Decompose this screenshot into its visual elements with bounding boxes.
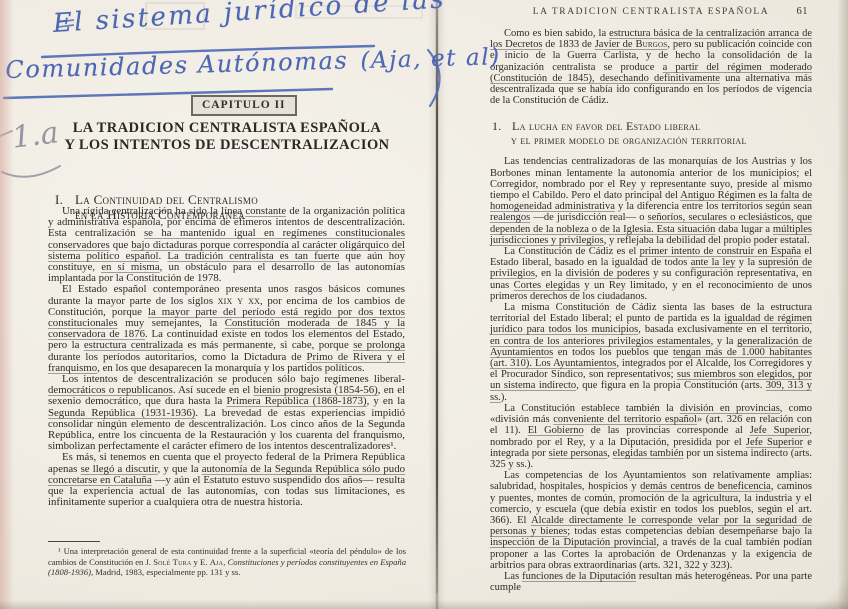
book-gutter-line	[436, 8, 438, 593]
paragraph: La misma Constitución de Cádiz sienta la…	[490, 302, 812, 403]
chapter-title: LA TRADICION CENTRALISTA ESPAÑOLA Y LOS …	[46, 120, 408, 153]
section-heading-right: 1.La lucha en favor del Estado liberal y…	[492, 119, 812, 147]
scan-edge-right	[837, 0, 848, 609]
left-page-body: Una rígida centralización ha sido la lín…	[48, 206, 405, 508]
paragraph: Las tendencias centralizadoras de las mo…	[490, 156, 812, 246]
section-heading-right-line2: y el primer modelo de organización terri…	[492, 133, 812, 147]
paragraph: La Constitución establece también la div…	[490, 403, 812, 470]
section-heading-text: La lucha en favor del Estado liberal	[512, 119, 700, 133]
chapter-label: CAPITULO II	[191, 95, 297, 116]
page-corner-crease	[800, 567, 848, 609]
handwritten-note-citation: (Aja, et al)	[360, 44, 501, 74]
paragraph: Las funciones de la Diputación resultan …	[490, 571, 812, 593]
footnote-rule	[48, 541, 100, 542]
footnote: ¹ Una interpretación general de esta con…	[48, 546, 406, 578]
paragraph: La Constitución de Cádiz es el primer in…	[490, 246, 812, 302]
handwritten-note-line1: El sistema jurídico de las	[52, 0, 447, 39]
scan-edge-left	[0, 0, 14, 609]
handwritten-margin-note: 1.a	[10, 115, 60, 155]
paragraph: Las competencias de los Ayuntamientos so…	[490, 470, 812, 571]
handwritten-note-line2: Comunidades Autónomas(Aja, et al)	[5, 42, 501, 84]
running-header-text: LA TRADICION CENTRALISTA ESPAÑOLA	[533, 7, 770, 17]
paragraph: Es más, si tenemos en cuenta que el proy…	[48, 452, 405, 508]
chapter-title-line1: LA TRADICION CENTRALISTA ESPAÑOLA	[46, 120, 408, 137]
chapter-title-line2: Y LOS INTENTOS DE DESCENTRALIZACION	[46, 137, 408, 154]
book-scan: El sistema jurídico de las Comunidades A…	[0, 0, 848, 609]
right-page-body: Como es bien sabido, la estructura básic…	[490, 28, 812, 593]
paragraph: Los intentos de descentralización se pro…	[48, 374, 405, 452]
paragraph: Una rígida centralización ha sido la lín…	[48, 206, 405, 284]
running-header: LA TRADICION CENTRALISTA ESPAÑOLA 61	[490, 7, 812, 17]
paragraph: Como es bien sabido, la estructura básic…	[490, 28, 812, 106]
page-number: 61	[797, 6, 809, 17]
handwritten-note-line2-main: Comunidades Autónomas	[5, 46, 349, 84]
scan-edge-bottom	[0, 600, 848, 609]
section-heading-right-line1: 1.La lucha en favor del Estado liberal	[492, 119, 812, 133]
paragraph: El Estado español contemporáneo presenta…	[48, 284, 405, 374]
section-number: 1.	[492, 119, 512, 133]
